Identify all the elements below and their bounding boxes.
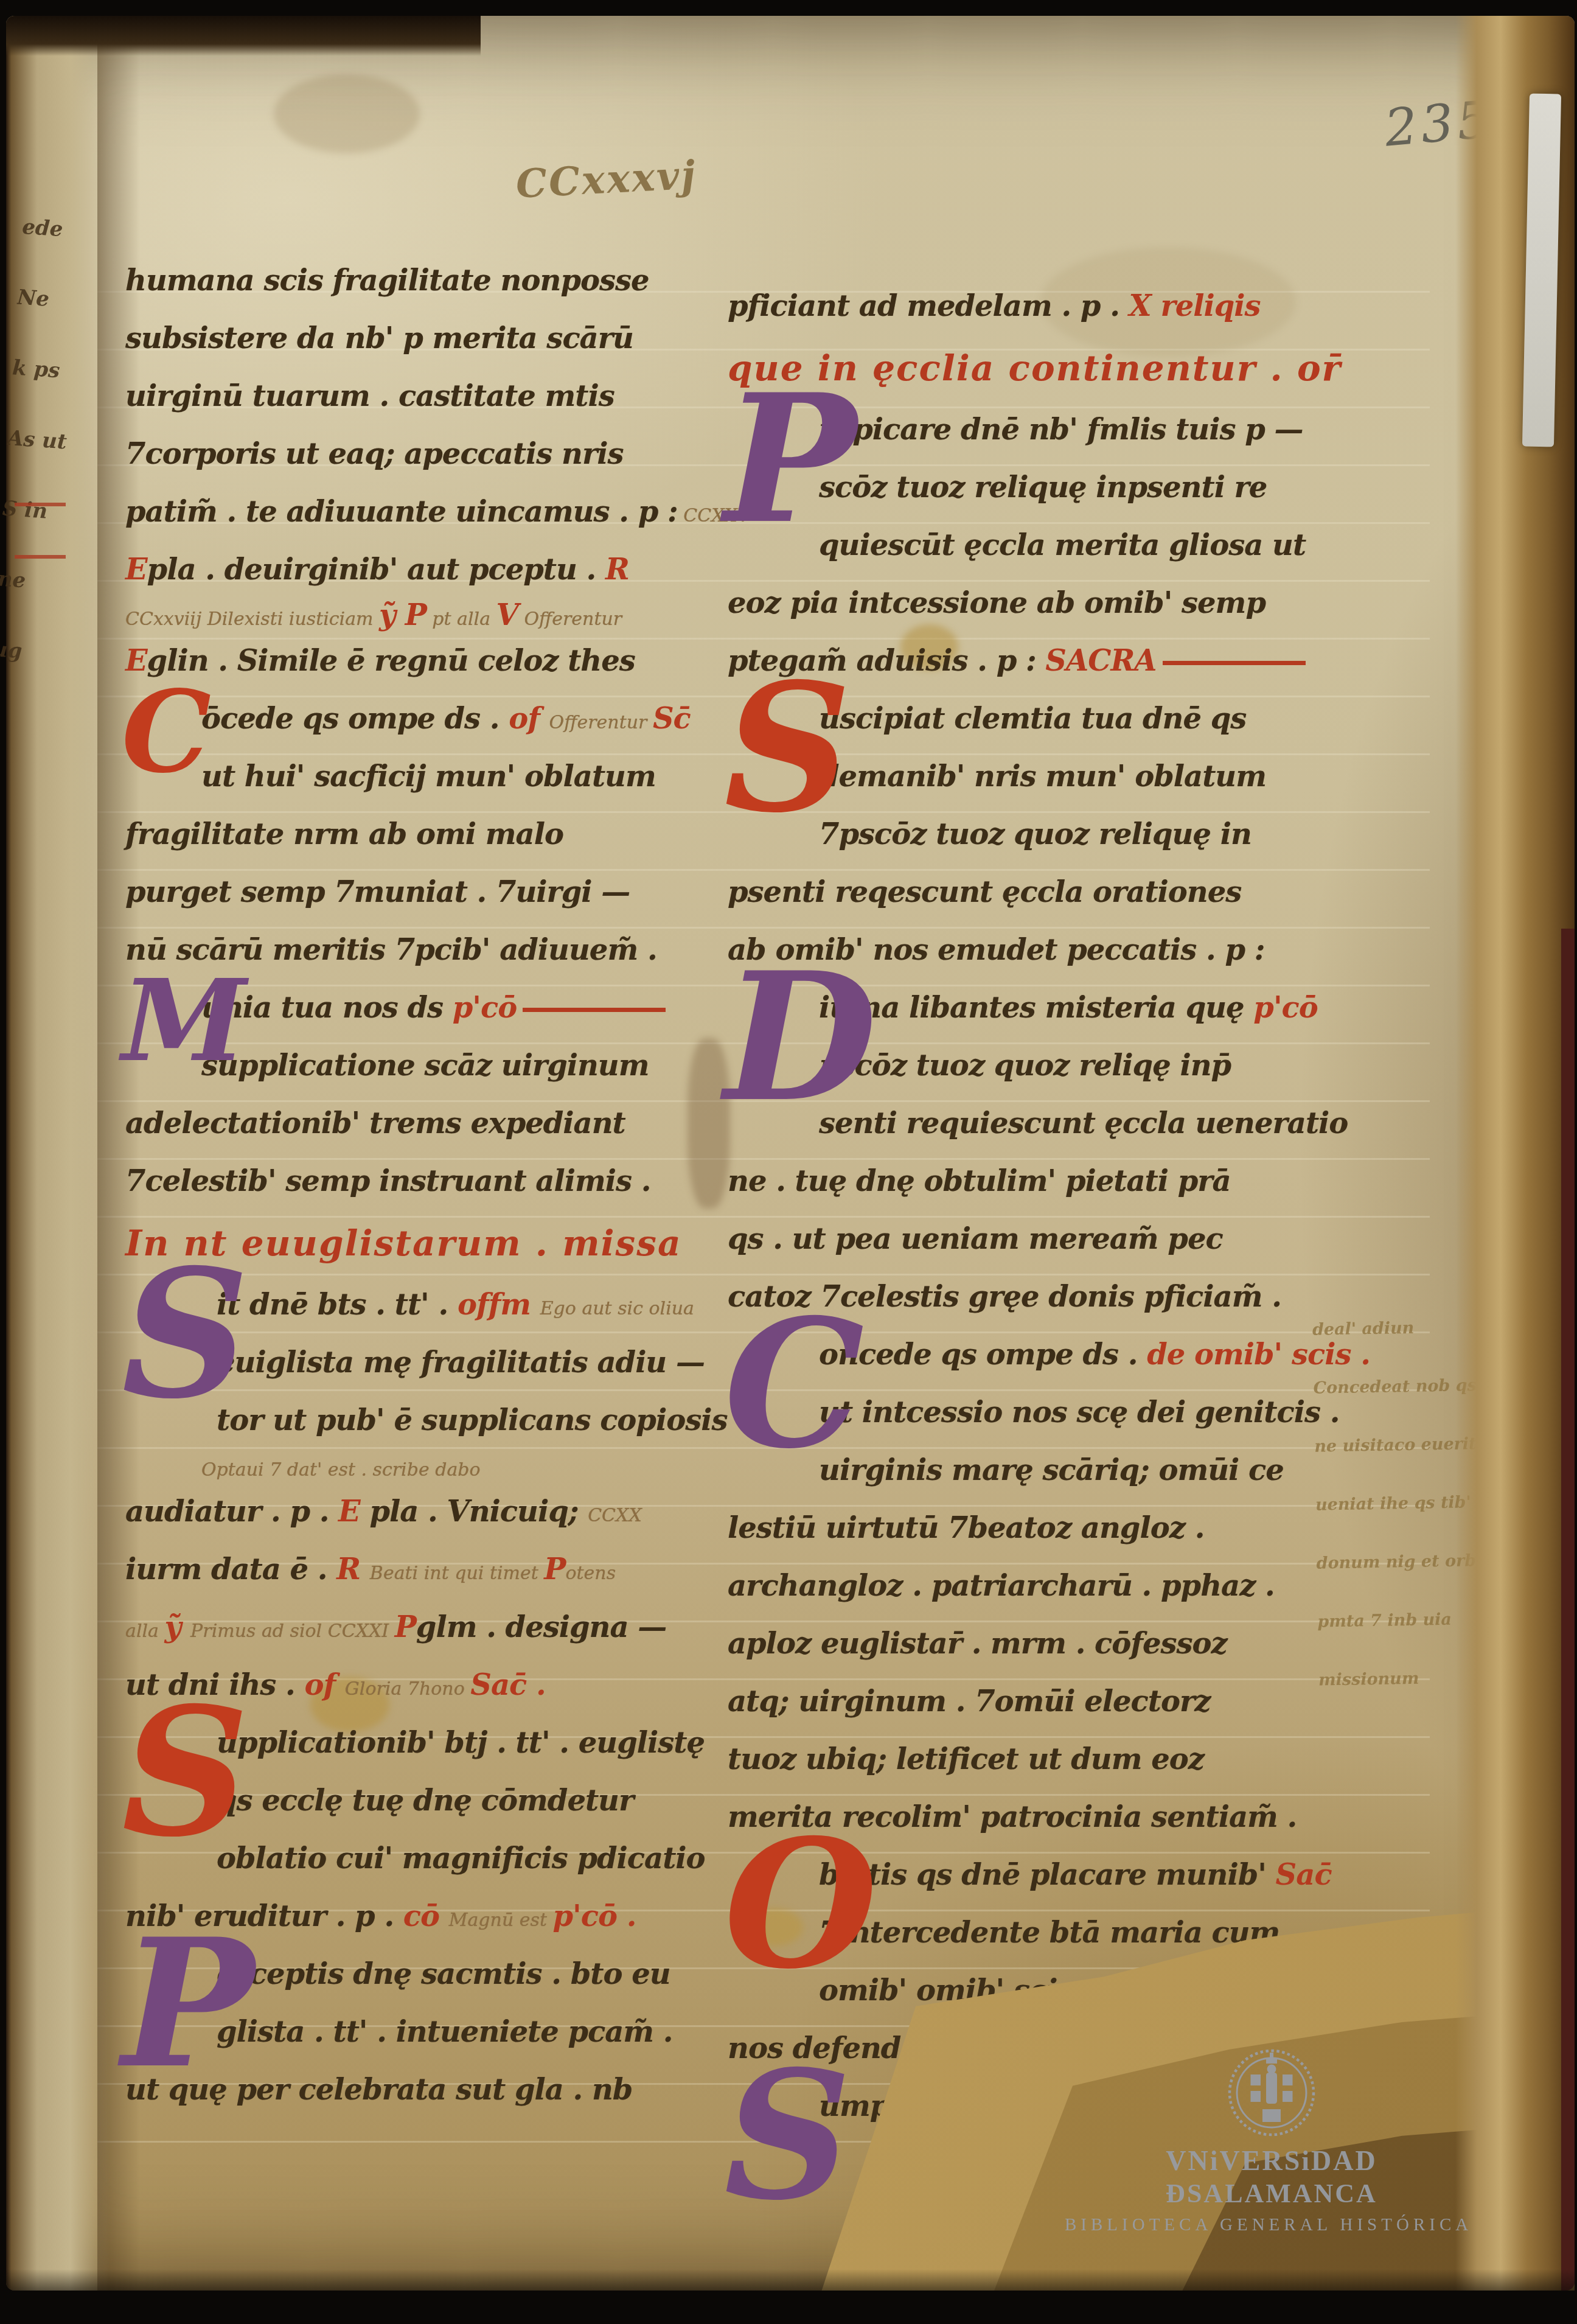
rubric-text: of <box>509 702 549 736</box>
rubric-text: R <box>336 1552 370 1586</box>
book-cover-edge <box>1561 929 1575 2291</box>
manuscript-line: archangloz . patriarcharū . pphaz . <box>728 1557 1336 1615</box>
gloss-text: pt alla <box>426 609 496 630</box>
gloss-text: Beati int qui timet <box>370 1563 544 1584</box>
body-text: senti requiescunt ęccla ueneratio <box>819 1106 1348 1140</box>
rubric-text: p'cō <box>1253 991 1318 1025</box>
gloss-text: otens <box>565 1563 616 1584</box>
body-text: ut intcessio nos scę dei genitcis . <box>819 1395 1339 1429</box>
parchment-page: edeNek psAs utS inneug CCxxxvj 235 human… <box>6 16 1575 2291</box>
body-text: demanib' nris mun' oblatum <box>819 759 1266 794</box>
illuminated-initial: D <box>724 958 876 1117</box>
rubric-text: p'cō <box>453 991 517 1025</box>
body-text: aploz euglistar̄ . mrm . cōfessoz <box>728 1627 1227 1661</box>
manuscript-line: Concede qs ompe ds . de omib' scis . <box>728 1326 1336 1384</box>
body-text: upplicationib' btj . tt' . euglistę <box>217 1726 705 1760</box>
body-text: psenti reqescunt ęccla orationes <box>728 875 1241 909</box>
manuscript-line: Perceptis dnę sacmtis . bto eu <box>125 1945 705 2003</box>
gutter-text-fragment: k ps <box>10 332 86 408</box>
manuscript-line: fragilitate nrm ab omi malo <box>125 806 705 864</box>
rubric-text: SACRA <box>1045 644 1156 678</box>
illuminated-initial: M <box>122 965 246 1077</box>
body-text: 7celestib' semp instruant alimis . <box>125 1164 650 1198</box>
body-text: tor ut pub' ē supplicans copiosis <box>217 1403 727 1437</box>
gutter-red-rule <box>15 555 66 559</box>
body-text: oncede qs ompe ds . <box>819 1338 1147 1372</box>
body-text: oblatio cui' magnificis pdicatio <box>217 1841 705 1876</box>
illuminated-initial: P <box>724 380 856 539</box>
manuscript-line: CCxxviij Dilexisti iusticiam ỹ P pt alla… <box>125 599 705 632</box>
body-text: supplicatione scāz uirginum <box>201 1049 649 1083</box>
manuscript-line: ut hui' sacficij mun' oblatum <box>125 748 705 806</box>
body-text: adelectationib' trems expediant <box>125 1106 625 1140</box>
body-text: lestiū uirtutū 7beatoz angloz . <box>728 1511 1204 1545</box>
manuscript-line: iurm data ē . R Beati int qui timet Pote… <box>125 1541 705 1599</box>
body-text: uirginū tuarum . castitate mtis <box>125 379 614 413</box>
manuscript-line: tuoz ubiq; letificet ut dum eoz <box>728 1731 1336 1788</box>
body-text: purget semp 7muniat . 7uirgi — <box>125 875 630 909</box>
body-text: 7corporis ut eaq; apeccatis nris <box>125 437 624 471</box>
gloss-text: Ego aut sic oliua <box>540 1298 694 1319</box>
manuscript-line: Sit dnē bts . tt' . offm Ego aut sic oli… <box>125 1276 705 1334</box>
watermark-line-3: BIBLIOTECA GENERAL HISTÓRICA <box>1065 2215 1442 2235</box>
photo-edge-shadow <box>0 2269 1577 2324</box>
manuscript-line: uirginū tuarum . castitate mtis <box>125 368 705 425</box>
gloss-text: Primus ad siol CCXXI <box>190 1621 395 1642</box>
body-text: glista . tt' . intueniete pcam̃ . <box>217 2015 673 2049</box>
manuscript-line: audiatur . p . E pla . Vnicuiq; CCXX <box>125 1483 705 1541</box>
body-text: ōcede qs ompe ds . <box>201 702 509 736</box>
illuminated-initial: S <box>724 2057 851 2216</box>
body-text: pficiant ad medelam . p . <box>728 289 1129 323</box>
rubric-text: Sac̄ . <box>470 1668 545 1702</box>
gloss-text: Magnū est <box>449 1910 553 1931</box>
gutter-text-fragment: As ut <box>5 403 82 478</box>
illuminated-initial: O <box>724 1826 877 1984</box>
body-text: archangloz . patriarcharū . pphaz . <box>728 1569 1275 1603</box>
book-fore-edge <box>1455 16 1575 2291</box>
body-text: blatis qs dnē placare munib' <box>819 1858 1276 1892</box>
manuscript-line: psenti reqescunt ęccla orationes <box>728 864 1336 921</box>
rubric-text: Sc̄ <box>653 702 691 736</box>
gloss-text: alla <box>125 1621 165 1642</box>
manuscript-line: Propicare dnē nb' fmlis tuis p — <box>728 401 1336 459</box>
body-text: qs ecclę tuę dnę cōmdetur <box>217 1784 633 1818</box>
rubric-text: ỹ P <box>379 598 426 632</box>
gloss-text: CCxxviij Dilexisti iusticiam <box>125 609 379 630</box>
body-text: pscōz tuoz quoz reliqę inp̄ <box>819 1049 1231 1083</box>
manuscript-line: Munia tua nos ds p'cō <box>125 979 705 1037</box>
manuscript-line: aploz euglistar̄ . mrm . cōfessoz <box>728 1615 1336 1673</box>
manuscript-line: Supplicationib' btj . tt' . euglistę <box>125 1714 705 1772</box>
body-text: subsistere da nb' p merita scārū <box>125 321 633 355</box>
manuscript-line: 7celestib' semp instruant alimis . <box>125 1153 705 1210</box>
rubric-text: E <box>338 1495 369 1529</box>
rubric-text: Sac̄ <box>1276 1858 1332 1892</box>
illuminated-initial: S <box>122 1694 248 1852</box>
body-text: qs . ut pea ueniam meream̃ pec <box>728 1222 1223 1256</box>
illuminated-initial: S <box>724 669 851 828</box>
manuscript-line: qs . ut pea ueniam meream̃ pec <box>728 1210 1336 1268</box>
text-column-right: pficiant ad medelam . p . X reliqisque i… <box>728 277 1336 2135</box>
watermark-line-1: VNiVERSiDAD <box>1101 2144 1442 2177</box>
manuscript-line: ne . tuę dnę obtulim' pietati prā <box>728 1153 1336 1210</box>
body-text: scōz tuoz reliquę inpsenti re <box>819 470 1267 504</box>
illuminated-initial: S <box>122 1255 248 1414</box>
manuscript-photo: edeNek psAs utS inneug CCxxxvj 235 human… <box>0 0 1577 2324</box>
body-text: humana scis fragilitate nonposse <box>125 263 649 298</box>
manuscript-line: Epla . deuirginib' aut pceptu . R <box>125 541 705 599</box>
gloss-text: CCXX <box>588 1505 642 1526</box>
manuscript-line: purget semp 7muniat . 7uirgi — <box>125 864 705 921</box>
body-text: 7intercedente btā maria cum <box>819 1916 1279 1950</box>
manuscript-line: lestiū uirtutū 7beatoz angloz . <box>728 1499 1336 1557</box>
gutter-text-fragment: Ne <box>15 262 91 338</box>
manuscript-line: Oblatis qs dnē placare munib' Sac̄ <box>728 1846 1336 1904</box>
manuscript-line: subsistere da nb' p merita scārū <box>125 310 705 368</box>
body-text: uirginis marę scāriq; omūi ce <box>819 1453 1284 1487</box>
gloss-text: Offerentur <box>518 609 622 630</box>
body-text: fragilitate nrm ab omi malo <box>125 817 563 851</box>
rubric-text: P <box>395 1610 416 1644</box>
body-text: patim̃ . te adiuuante uincamus . p : <box>125 495 678 529</box>
manuscript-line: Cōcede qs ompe ds . of Offerentur Sc̄ <box>125 690 705 748</box>
manuscript-line: atq; uirginum . 7omūi electorz <box>728 1673 1336 1731</box>
text-column-left: humana scis fragilitate nonpossesubsiste… <box>125 252 705 2119</box>
body-text: euiglista mę fragilitatis adiu — <box>217 1345 705 1380</box>
stain <box>274 74 420 153</box>
illuminated-initial: C <box>122 675 211 788</box>
body-text: audiatur . p . <box>125 1495 338 1529</box>
manuscript-line: humana scis fragilitate nonposse <box>125 252 705 310</box>
manuscript-line: Diuina libantes misteria quę p'cō <box>728 979 1336 1037</box>
body-text: tuoz ubiq; letificet ut dum eoz <box>728 1742 1204 1776</box>
rubric-text: E <box>125 553 147 587</box>
body-text: ropicare dnē nb' fmlis tuis p — <box>819 413 1303 447</box>
spine-leather <box>6 16 481 56</box>
gloss-text: Optaui 7 dat' est . scribe dabo <box>201 1459 481 1481</box>
library-watermark: VNiVERSiDAD ƉSALAMANCA BIBLIOTECA GENERA… <box>1101 2047 1442 2235</box>
illuminated-initial: P <box>122 1925 254 2084</box>
gloss-text: Offerentur <box>549 712 653 733</box>
manuscript-line: eoz pia intcessione ab omib' semp <box>728 574 1336 632</box>
body-text: ne . tuę dnę obtulim' pietati prā <box>728 1164 1231 1198</box>
body-text: 7pscōz tuoz quoz reliquę in <box>819 817 1252 851</box>
university-seal-icon <box>1226 2047 1317 2138</box>
rubric-text: of <box>304 1668 344 1702</box>
body-text: quiescūt ęccla merita gliosa ut <box>819 528 1306 562</box>
rubric-text: offm <box>458 1288 540 1322</box>
rubric-text: ỹ <box>165 1610 191 1644</box>
manuscript-line: patim̃ . te adiuuante uincamus . p : CCX… <box>125 483 705 541</box>
rubric-text: X reliqis <box>1129 289 1261 323</box>
gutter-text-fragment: S in <box>0 473 77 549</box>
folio-heading: CCxxxvj <box>515 152 698 207</box>
body-text: iuina libantes misteria quę <box>819 991 1253 1025</box>
body-text: glm . designa — <box>416 1610 666 1644</box>
body-text: uscipiat clemtia tua dnē qs <box>819 702 1246 736</box>
manuscript-line: Optaui 7 dat' est . scribe dabo <box>125 1450 705 1483</box>
gutter-text-fragment: ede <box>19 192 96 267</box>
manuscript-line: Suscipiat clemtia tua dnē qs <box>728 690 1336 748</box>
manuscript-line: alla ỹ Primus ad siol CCXXI Pglm . desig… <box>125 1599 705 1656</box>
gutter-text-fragment: ug <box>0 614 67 689</box>
manuscript-line: 7corporis ut eaq; apeccatis nris <box>125 425 705 483</box>
body-text: atq; uirginum . 7omūi electorz <box>728 1684 1211 1719</box>
body-text: ut hui' sacficij mun' oblatum <box>201 759 656 794</box>
gutter-red-rule <box>15 503 66 506</box>
manuscript-line: pficiant ad medelam . p . X reliqis <box>728 277 1336 335</box>
watermark-line-2: ƉSALAMANCA <box>1101 2178 1442 2209</box>
illuminated-initial: C <box>724 1305 864 1464</box>
rubric-text: p'cō . <box>553 1899 636 1933</box>
body-text: pla . Vnicuiq; <box>369 1495 588 1529</box>
body-text: eoz pia intcessione ab omib' semp <box>728 586 1265 620</box>
rubric-text: P <box>544 1552 565 1586</box>
rubric-text: V <box>496 598 518 632</box>
manuscript-line: Eglin . Simile ē regnū celoz thes <box>125 632 705 690</box>
body-text: pla . deuirginib' aut pceptu . <box>147 553 605 587</box>
body-text: iurm data ē . <box>125 1552 336 1586</box>
body-text: it dnē bts . tt' . <box>217 1288 458 1322</box>
gloss-text: Gloria 7hono <box>345 1678 470 1700</box>
rubric-text: R <box>605 553 629 587</box>
rubric-text: cō <box>403 1899 449 1933</box>
red-flourish-line <box>1163 661 1306 665</box>
body-text: erceptis dnę sacmtis . bto eu <box>217 1957 670 1991</box>
body-text: glin . Simile ē regnū celoz thes <box>147 644 635 678</box>
red-flourish-line <box>523 1008 666 1012</box>
manuscript-line: adelectationib' trems expediant <box>125 1095 705 1153</box>
